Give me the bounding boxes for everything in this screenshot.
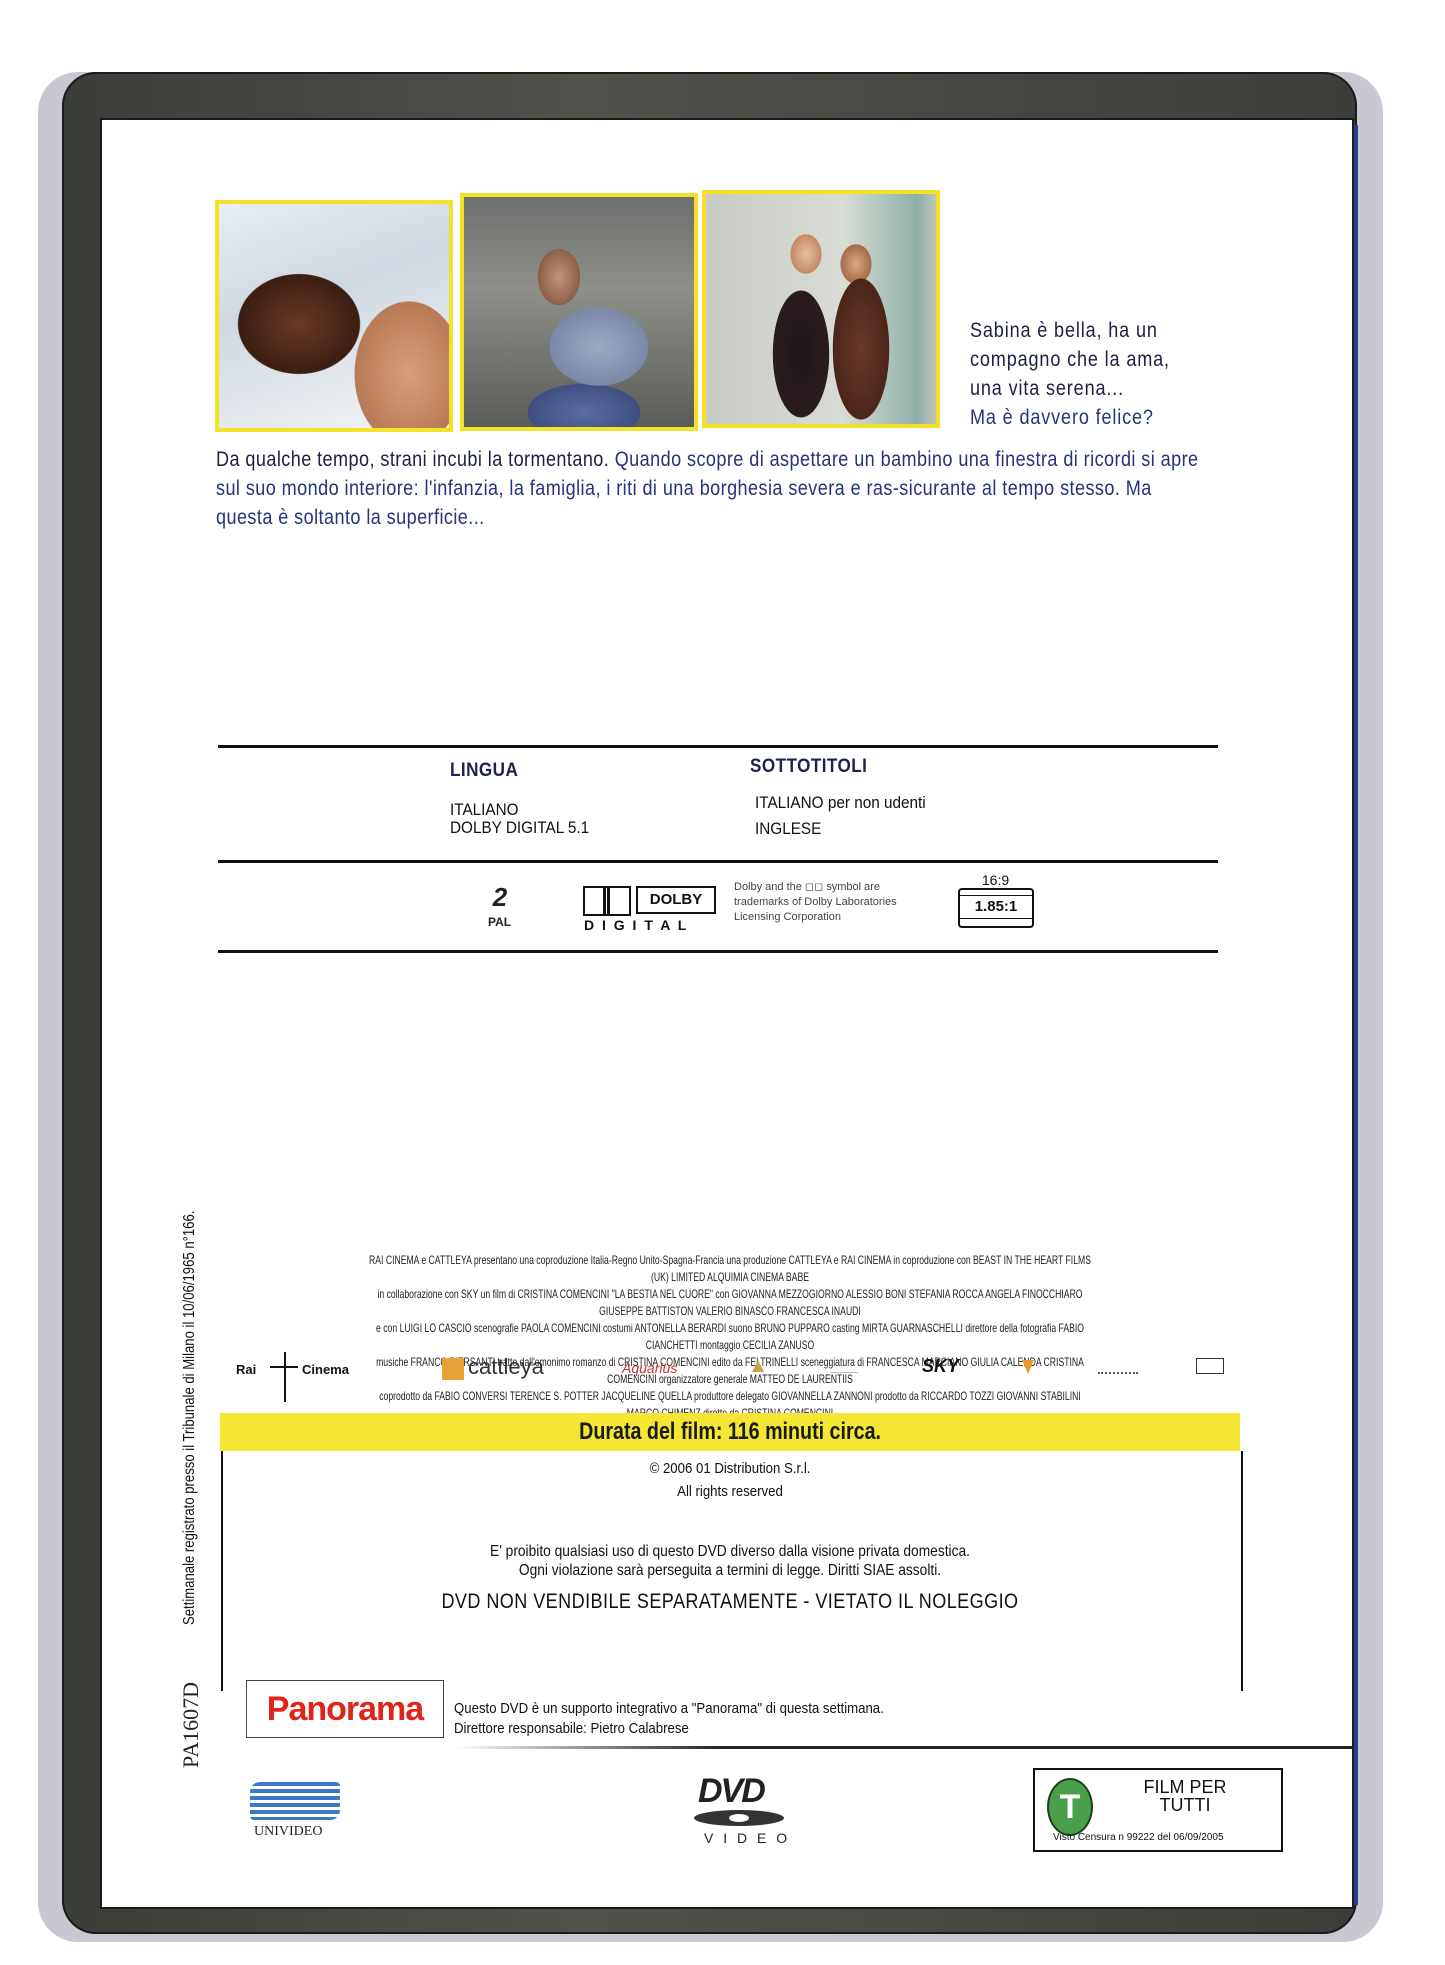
partner-logo-5 (1196, 1358, 1224, 1374)
legal-notice-1: E' proibito qualsiasi uso di questo DVD … (292, 1543, 1167, 1561)
dolby-badge: DOLBY (636, 886, 716, 914)
catalog-code: PA1607D (178, 1682, 204, 1768)
sottotitoli-value-1: ITALIANO per non udenti (755, 793, 926, 813)
copyright-line: © 2006 01 Distribution S.r.l. (282, 1460, 1178, 1477)
panorama-line-1: Questo DVD è un supporto integrativo a "… (454, 1700, 884, 1717)
rai-cinema-star-icon (270, 1352, 300, 1402)
divider-bottom (218, 950, 1218, 953)
sky-logo: SKY (922, 1356, 959, 1377)
registration-text: Settimanale registrato presso il Tribuna… (181, 1211, 199, 1625)
dvd-video-label: V I D E O (704, 1830, 790, 1846)
divider-middle (218, 860, 1218, 863)
synopsis-part-1: Da qualche tempo, strani incubi la torme… (216, 448, 609, 471)
dolby-notice-line-3: Licensing Corporation (734, 910, 897, 925)
rating-text: FILM PER TUTTI (1125, 1778, 1245, 1814)
tagline: Sabina è bella, ha un compagno che la am… (970, 316, 1185, 432)
panorama-logo-text: Panorama (267, 1690, 423, 1728)
rai-logo: Rai (236, 1362, 256, 1377)
region-number: 2 (493, 882, 507, 912)
credits-line-2: in collaborazione con SKY un film di CRI… (363, 1286, 1097, 1320)
rating-line-2: TUTTI (1125, 1796, 1245, 1814)
duration-text: Durata del film: 116 minuti circa. (579, 1413, 881, 1451)
dolby-notice-line-1: Dolby and the ◻◻ symbol are (734, 880, 897, 895)
lingua-value-1: ITALIANO (450, 800, 519, 820)
aquarius-logo: Aquarius (622, 1360, 677, 1376)
tagline-line-1: Sabina è bella, ha un (970, 316, 1185, 345)
digital-label: D I G I T A L (584, 917, 688, 933)
dolby-notice-line-2: trademarks of Dolby Laboratories (734, 895, 897, 910)
credits-line-3: e con LUIGI LO CASCIO scenografie PAOLA … (363, 1320, 1097, 1354)
panorama-logo: Panorama (246, 1680, 444, 1738)
panorama-line-2: Direttore responsabile: Pietro Calabrese (454, 1720, 689, 1737)
lingua-label: LINGUA (450, 760, 518, 782)
sottotitoli-value-2: INGLESE (755, 819, 821, 839)
tagline-line-2: compagno che la ama, (970, 345, 1185, 374)
dvd-disc-icon (694, 1810, 784, 1826)
rai-cinema-logo: Cinema (302, 1362, 349, 1377)
credits-block: RAI CINEMA e CATTLEYA presentano una cop… (363, 1252, 1097, 1422)
rating-box: T FILM PER TUTTI Visto Censura n 99222 d… (1033, 1768, 1283, 1852)
pal-label: PAL (488, 915, 511, 929)
legal-notice-2: Ogni violazione sarà perseguita a termin… (292, 1562, 1167, 1580)
region-2-icon: 2 (470, 882, 530, 910)
sottotitoli-label: SOTTOTITOLI (750, 756, 867, 778)
still-photo-3 (702, 190, 940, 428)
rating-t-icon: T (1047, 1778, 1093, 1836)
univideo-icon (250, 1782, 340, 1820)
aspect-ratio-box: 1.85:1 (958, 888, 1034, 928)
duration-bar: Durata del film: 116 minuti circa. (220, 1413, 1240, 1451)
dvd-logo: DVD (698, 1772, 764, 1811)
tagline-line-3: una vita serena... (970, 374, 1185, 403)
aspect-ratio-value: 1.85:1 (960, 895, 1032, 919)
tagline-line-4: Ma è davvero felice? (970, 403, 1185, 432)
rights-line: All rights reserved (282, 1483, 1178, 1500)
cattleya-logo: cattleya (468, 1354, 544, 1380)
rating-line-1: FILM PER (1125, 1778, 1245, 1796)
aspect-16-9: 16:9 (958, 872, 1033, 888)
not-for-sale-notice: DVD NON VENDIBILE SEPARATAMENTE - VIETAT… (292, 1590, 1167, 1614)
divider-top (218, 745, 1218, 748)
still-photo-2 (460, 193, 698, 431)
univideo-label: UNIVIDEO (254, 1824, 322, 1840)
synopsis: Da qualche tempo, strani incubi la torme… (216, 445, 1214, 532)
partner-logo-4 (1098, 1362, 1138, 1374)
credits-line-1: RAI CINEMA e CATTLEYA presentano una cop… (363, 1252, 1097, 1286)
panorama-underline (454, 1746, 1354, 1749)
still-photo-1 (215, 200, 453, 432)
lingua-value-2: DOLBY DIGITAL 5.1 (450, 818, 589, 838)
dolby-double-d-icon (583, 886, 631, 916)
censura-text: Visto Censura n 99222 del 06/09/2005 (1053, 1832, 1224, 1843)
rating-letter: T (1060, 1788, 1081, 1826)
cattleya-flower-icon (442, 1358, 464, 1380)
dolby-notice: Dolby and the ◻◻ symbol are trademarks o… (734, 880, 897, 925)
partner-logo-2 (830, 1362, 858, 1373)
